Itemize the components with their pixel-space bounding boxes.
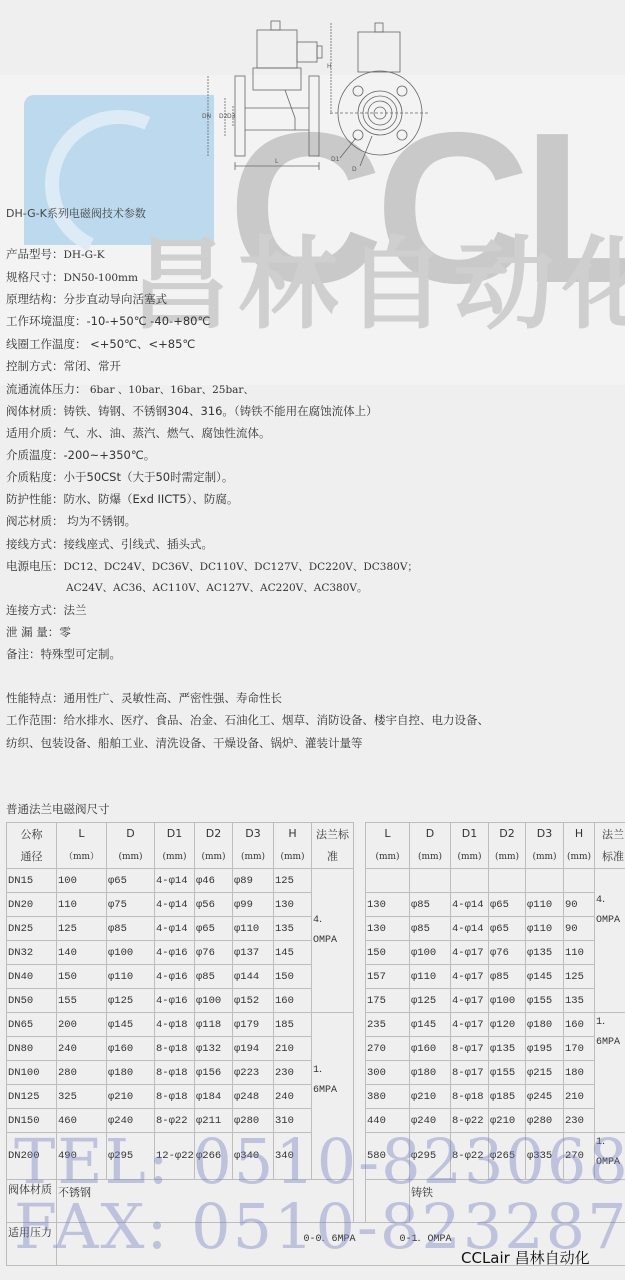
cell: 8-φ17	[451, 1037, 489, 1061]
cell	[451, 869, 489, 893]
cell: 4-φ17	[451, 989, 489, 1013]
cell: φ76	[489, 941, 526, 965]
cell: 8-φ22	[155, 1109, 195, 1133]
cell: 580	[366, 1133, 410, 1180]
cell: φ180	[107, 1061, 155, 1085]
cell: φ56	[195, 893, 233, 917]
header-d: D(mm)	[107, 823, 155, 869]
header-d3: D3(mm)	[233, 823, 274, 869]
cell: φ295	[107, 1133, 155, 1180]
material-right: 铸铁	[410, 1180, 625, 1223]
cell-dn: DN40	[7, 965, 57, 989]
svg-text:H: H	[327, 63, 332, 70]
cell: φ85	[107, 917, 155, 941]
cell: 185	[274, 1013, 312, 1037]
column-gap	[354, 823, 366, 869]
cell: 310	[274, 1109, 312, 1133]
cell: 4-φ14	[155, 869, 195, 893]
cell: 4-φ17	[451, 1013, 489, 1037]
cell: φ210	[410, 1085, 451, 1109]
material-row: 阀体材质 不锈钢 铸铁	[7, 1180, 625, 1223]
cell: 4-φ18	[155, 1013, 195, 1037]
flange-std-right-1: 4．OMPA	[595, 869, 625, 1013]
cell: φ75	[107, 893, 155, 917]
cell: 300	[366, 1061, 410, 1085]
cell: 12-φ22	[155, 1133, 195, 1180]
cell: 325	[57, 1085, 107, 1109]
cell: 240	[57, 1037, 107, 1061]
spec-media: 适用介质：气、水、油、蒸汽、燃气、腐蚀性流体。	[6, 425, 271, 441]
cell: 4-φ14	[155, 893, 195, 917]
material-label: 阀体材质	[7, 1180, 57, 1223]
cell: φ85	[410, 917, 451, 941]
material-left: 不锈钢	[57, 1180, 354, 1223]
cell: φ110	[526, 893, 564, 917]
spec-ambient-temp: 工作环境温度：-10-+50℃ -40-+80℃	[6, 313, 210, 329]
header-dn: 公称通径	[7, 823, 57, 869]
cell: φ144	[233, 965, 274, 989]
cell: φ215	[526, 1061, 564, 1085]
cell	[526, 869, 564, 893]
cell: φ223	[233, 1061, 274, 1085]
svg-text:D1: D1	[331, 156, 340, 163]
spec-voltage-ac: AC24V、AC36、AC110V、AC127V、AC220V、AC380V。	[66, 580, 368, 595]
cell: φ194	[233, 1037, 274, 1061]
cell: 8-φ18	[155, 1061, 195, 1085]
cell: φ85	[195, 965, 233, 989]
cell: 4-φ16	[155, 989, 195, 1013]
svg-text:L: L	[275, 158, 279, 165]
cell: φ240	[107, 1109, 155, 1133]
cell: 155	[57, 989, 107, 1013]
cell: φ65	[107, 869, 155, 893]
cell: 4-φ16	[155, 965, 195, 989]
cell: 125	[57, 917, 107, 941]
cell-dn: DN200	[7, 1133, 57, 1180]
cell: 4-φ14	[451, 893, 489, 917]
spec-protection: 防护性能：防水、防爆（Exd IICT5）、防腐。	[6, 491, 238, 507]
cell: φ240	[410, 1109, 451, 1133]
cell: 135	[564, 989, 595, 1013]
cell: φ185	[489, 1085, 526, 1109]
cell: φ184	[195, 1085, 233, 1109]
cell: 160	[564, 1013, 595, 1037]
spec-wiring: 接线方式：接线座式、引线式、插头式。	[6, 536, 213, 552]
pressure-left: 0-0．6MPA	[57, 1223, 366, 1266]
flange-std-left-1: 4．OMPA	[312, 869, 354, 1013]
spec-body-material: 阀体材质：铸铁、铸钢、不锈钢304、316。（铸铁不能用在腐蚀流体上）	[6, 403, 378, 419]
cell: 135	[274, 917, 312, 941]
cell-dn: DN32	[7, 941, 57, 965]
header-r-l: L(mm)	[366, 823, 410, 869]
valve-drawing: H DN D2 D3 D1 D L	[200, 18, 440, 203]
cell: 100	[57, 869, 107, 893]
header-r-h: H(mm)	[564, 823, 595, 869]
cell-dn: DN25	[7, 917, 57, 941]
cell: φ99	[233, 893, 274, 917]
cell: φ89	[233, 869, 274, 893]
spec-connection: 连接方式：法兰	[6, 602, 87, 618]
cell: 4-φ14	[451, 917, 489, 941]
header-d1: D1(mm)	[155, 823, 195, 869]
cell: φ110	[233, 917, 274, 941]
cell: 230	[564, 1109, 595, 1133]
cell: φ179	[233, 1013, 274, 1037]
table-header-row: 公称通径 L（mm） D(mm) D1(mm) D2(mm) D3(mm) H(…	[7, 823, 625, 869]
spec-voltage: 电源电压：DC12、DC24V、DC36V、DC110V、DC127V、DC22…	[6, 558, 418, 574]
cell: 150	[274, 965, 312, 989]
cell: φ137	[233, 941, 274, 965]
cell-dn: DN150	[7, 1109, 57, 1133]
cell: φ180	[410, 1061, 451, 1085]
flange-std-right-3: 1．OMPA	[595, 1133, 625, 1180]
cell: 145	[274, 941, 312, 965]
cell-dn: DN15	[7, 869, 57, 893]
cell: 270	[564, 1133, 595, 1180]
cell: φ280	[526, 1109, 564, 1133]
cell: φ180	[526, 1013, 564, 1037]
cell: φ85	[410, 893, 451, 917]
brand-footer: CCLair 昌林自动化	[461, 1247, 590, 1268]
cell: φ265	[489, 1133, 526, 1180]
cell-dn: DN80	[7, 1037, 57, 1061]
cell: φ145	[410, 1013, 451, 1037]
cell: 8-φ18	[155, 1085, 195, 1109]
spec-core-material: 阀芯材质： 均为不锈钢。	[6, 513, 136, 529]
dimensions-table: 公称通径 L（mm） D(mm) D1(mm) D2(mm) D3(mm) H(…	[6, 822, 625, 1266]
cell: φ211	[195, 1109, 233, 1133]
cell: φ110	[410, 965, 451, 989]
cell: 380	[366, 1085, 410, 1109]
cell: 4-φ14	[155, 917, 195, 941]
cell: 200	[57, 1013, 107, 1037]
cell: 8-φ18	[451, 1085, 489, 1109]
cell: 8-φ18	[155, 1037, 195, 1061]
header-r-d3: D3(mm)	[526, 823, 564, 869]
cell: φ210	[489, 1109, 526, 1133]
cell: φ155	[526, 989, 564, 1013]
cell: 150	[57, 965, 107, 989]
header-l: L（mm）	[57, 823, 107, 869]
cell: φ100	[195, 989, 233, 1013]
cell: 175	[366, 989, 410, 1013]
cell: φ135	[489, 1037, 526, 1061]
spec-media-temp: 介质温度：-200~+350℃。	[6, 447, 155, 463]
table-row: DN65 200 φ145 4-φ18 φ118 φ179 185 1．6MPA…	[7, 1013, 625, 1037]
cell: φ145	[107, 1013, 155, 1037]
cell: 140	[57, 941, 107, 965]
pressure-label: 适用压力	[7, 1223, 57, 1266]
svg-text:D: D	[352, 166, 357, 173]
spec-model: 产品型号：DH-G-K	[6, 246, 105, 262]
header-flange-std: 法兰标准	[312, 823, 354, 869]
cell: 170	[564, 1037, 595, 1061]
svg-text:D3: D3	[227, 113, 236, 120]
cell: 150	[366, 941, 410, 965]
spec-features: 性能特点：通用性广、灵敏性高、严密性强、寿命性长	[6, 690, 282, 706]
cell: φ118	[195, 1013, 233, 1037]
cell: 490	[57, 1133, 107, 1180]
cell-dn: DN100	[7, 1061, 57, 1085]
cell: 4-φ17	[451, 941, 489, 965]
cell-dn: DN20	[7, 893, 57, 917]
header-d2: D2(mm)	[195, 823, 233, 869]
header-r-flange-std: 法兰标准	[595, 823, 625, 869]
cell: φ340	[233, 1133, 274, 1180]
cell: 125	[274, 869, 312, 893]
cell: 270	[366, 1037, 410, 1061]
cell: 240	[274, 1085, 312, 1109]
section-heading: DH-G-K系列电磁阀技术参数	[6, 205, 146, 221]
cell: 440	[366, 1109, 410, 1133]
header-r-d2: D2(mm)	[489, 823, 526, 869]
cell: φ160	[410, 1037, 451, 1061]
cell: φ65	[195, 917, 233, 941]
cell: 130	[274, 893, 312, 917]
cell: φ155	[489, 1061, 526, 1085]
column-gap	[366, 1180, 410, 1223]
cell: 8-φ22	[451, 1133, 489, 1180]
cell: 180	[564, 1061, 595, 1085]
cell: φ132	[195, 1037, 233, 1061]
cell: 340	[274, 1133, 312, 1180]
cell: φ210	[107, 1085, 155, 1109]
cell: φ110	[526, 917, 564, 941]
spec-viscosity: 介质粘度：小于50CSt（大于50时需定制）。	[6, 469, 233, 485]
spec-control-mode: 控制方式：常闭、常开	[6, 358, 121, 374]
header-h: H(mm)	[274, 823, 312, 869]
cell: 110	[564, 941, 595, 965]
cell: φ145	[526, 965, 564, 989]
cell: φ125	[410, 989, 451, 1013]
cell: φ248	[233, 1085, 274, 1109]
cell: φ100	[410, 941, 451, 965]
spec-applications-cont: 纺织、包装设备、船舶工业、清洗设备、干燥设备、锅炉、灌装计量等	[6, 735, 363, 751]
spec-applications: 工作范围：给水排水、医疗、食品、冶金、石油化工、烟草、消防设备、楼宇自控、电力设…	[6, 712, 489, 728]
flange-std-left-2: 1．6MPA	[312, 1013, 354, 1180]
cell	[366, 869, 410, 893]
svg-text:DN: DN	[202, 113, 211, 120]
spec-size: 规格尺寸：DN50-100mm	[6, 269, 138, 285]
cell: φ295	[410, 1133, 451, 1180]
cell-dn: DN125	[7, 1085, 57, 1109]
cell: 4-φ17	[451, 965, 489, 989]
cell: 4-φ16	[155, 941, 195, 965]
table-row: DN15 100 φ65 4-φ14 φ46 φ89 125 4．OMPA 4．…	[7, 869, 625, 893]
cell: 110	[57, 893, 107, 917]
cell	[410, 869, 451, 893]
cell: 210	[564, 1085, 595, 1109]
table-title: 普通法兰电磁阀尺寸	[6, 801, 110, 817]
cell: 280	[57, 1061, 107, 1085]
cell: φ245	[526, 1085, 564, 1109]
cell: 157	[366, 965, 410, 989]
header-r-d: D(mm)	[410, 823, 451, 869]
cell: 125	[564, 965, 595, 989]
cell: φ156	[195, 1061, 233, 1085]
cell: 160	[274, 989, 312, 1013]
coil-body	[257, 30, 297, 68]
cell	[489, 869, 526, 893]
cell: φ85	[489, 965, 526, 989]
cell: φ65	[489, 893, 526, 917]
cell: φ125	[107, 989, 155, 1013]
spec-pressure: 流通流体压力： 6bar 、10bar、16bar、25bar、	[6, 381, 254, 397]
cell: φ335	[526, 1133, 564, 1180]
spec-coil-temp: 线圈工作温度： <+50℃、<+85℃	[6, 336, 195, 352]
cell: φ46	[195, 869, 233, 893]
cell-dn: DN65	[7, 1013, 57, 1037]
cell: φ160	[107, 1037, 155, 1061]
header-r-d1: D1(mm)	[451, 823, 489, 869]
flange-std-right-2: 1．6MPA	[595, 1013, 625, 1133]
cell: φ280	[233, 1109, 274, 1133]
cell: 210	[274, 1037, 312, 1061]
spec-structure: 原理结构：分步直动导向活塞式	[6, 291, 167, 307]
cell: 90	[564, 917, 595, 941]
cell: φ135	[526, 941, 564, 965]
cell: 230	[274, 1061, 312, 1085]
cell: φ65	[489, 917, 526, 941]
cell: φ76	[195, 941, 233, 965]
cell: 235	[366, 1013, 410, 1037]
cell: 90	[564, 893, 595, 917]
cell: 130	[366, 893, 410, 917]
cell: φ110	[107, 965, 155, 989]
cell: 130	[366, 917, 410, 941]
cell: φ100	[107, 941, 155, 965]
spec-leakage: 泄 漏 量：零	[6, 624, 71, 640]
cell: φ100	[489, 989, 526, 1013]
cell: 8-φ22	[451, 1109, 489, 1133]
cell: φ120	[489, 1013, 526, 1037]
cell: 460	[57, 1109, 107, 1133]
cell: φ195	[526, 1037, 564, 1061]
cell: φ152	[233, 989, 274, 1013]
column-gap	[354, 869, 366, 1223]
cell: 8-φ17	[451, 1061, 489, 1085]
cell: φ266	[195, 1133, 233, 1180]
spec-remark: 备注：特殊型可定制。	[6, 646, 121, 662]
cell-dn: DN50	[7, 989, 57, 1013]
cell	[564, 869, 595, 893]
